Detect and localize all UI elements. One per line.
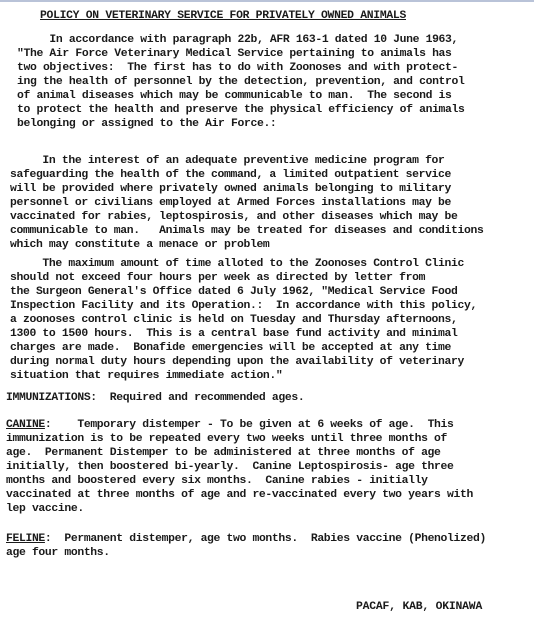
text-line: vaccinated at three months of age and re…	[6, 488, 473, 502]
canine-label: CANINE	[6, 419, 45, 431]
feline-first-line: FELINE: Permanent distemper, age two mon…	[6, 532, 486, 546]
feline-label: FELINE	[6, 533, 45, 545]
text-line: "The Air Force Veterinary Medical Servic…	[17, 47, 452, 61]
text-line: personnel or civilians employed at Armed…	[10, 196, 451, 210]
document-page: POLICY ON VETERINARY SERVICE FOR PRIVATE…	[0, 2, 534, 620]
document-title: POLICY ON VETERINARY SERVICE FOR PRIVATE…	[40, 10, 406, 22]
text-line: In the interest of an adequate preventiv…	[10, 154, 445, 168]
text-line: will be provided where privately owned a…	[10, 182, 451, 196]
text-line: a zoonoses control clinic is held on Tue…	[10, 313, 458, 327]
text-line: to protect the health and preserve the p…	[17, 103, 465, 117]
text-line: two objectives: The first has to do with…	[17, 61, 458, 75]
text-line: immunization is to be repeated every two…	[6, 432, 447, 446]
text-line: the Surgeon General's Office dated 6 Jul…	[10, 285, 458, 299]
immunizations-heading: IMMUNIZATIONS: Required and recommended …	[6, 391, 304, 405]
text-span: : Permanent distemper, age two months. R…	[45, 533, 486, 545]
text-line: during normal duty hours depending upon …	[10, 355, 464, 369]
text-line: months and boostered every six months. C…	[6, 474, 428, 488]
canine-first-line: CANINE: Temporary distemper - To be give…	[6, 418, 454, 432]
text-line: In accordance with paragraph 22b, AFR 16…	[17, 33, 458, 47]
text-line: 1300 to 1500 hours. This is a central ba…	[10, 327, 458, 341]
text-line: charges are made. Bonafide emergencies w…	[10, 341, 451, 355]
text-line: which may constitute a menace or problem	[10, 238, 269, 252]
text-line: age four months.	[6, 546, 110, 560]
text-line: communicable to man. Animals may be trea…	[10, 224, 483, 238]
text-line: The maximum amount of time alloted to th…	[10, 257, 464, 271]
text-line: age. Permanent Distemper to be administe…	[6, 446, 441, 460]
text-line: initially, then boostered bi-yearly. Can…	[6, 460, 454, 474]
text-line: lep vaccine.	[6, 502, 84, 516]
text-line: belonging or assigned to the Air Force.:	[17, 117, 276, 131]
text-span: : Temporary distemper - To be given at 6…	[45, 419, 454, 431]
text-line: of animal diseases which may be communic…	[17, 89, 452, 103]
text-line: should not exceed four hours per week as…	[10, 271, 425, 285]
text-line: ing the health of personnel by the detec…	[17, 75, 465, 89]
text-line: vaccinated for rabies, leptospirosis, an…	[10, 210, 458, 224]
text-line: situation that requires immediate action…	[10, 369, 282, 383]
text-line: safeguarding the health of the command, …	[10, 168, 451, 182]
signature-location: PACAF, KAB, OKINAWA	[356, 601, 482, 613]
text-line: Inspection Facility and its Operation.: …	[10, 299, 477, 313]
